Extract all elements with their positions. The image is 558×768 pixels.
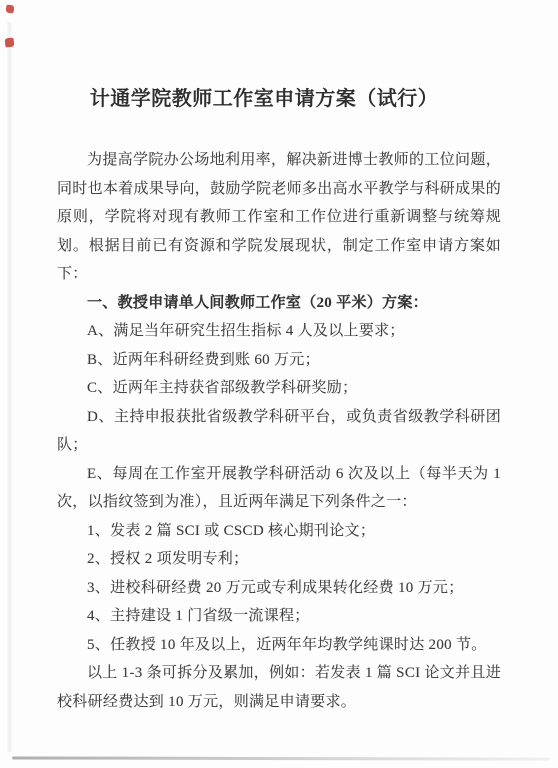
criterion-a: A、满足当年研究生招生指标 4 人及以上要求； bbox=[57, 317, 501, 346]
section-heading: 一、教授申请单人间教师工作室（20 平米）方案： bbox=[57, 289, 501, 318]
scan-edge-bottom bbox=[12, 756, 550, 760]
note-paragraph: 以上 1-3 条可拆分及累加，例如：若发表 1 篇 SCI 论文并且进校科研经费… bbox=[57, 659, 501, 716]
intro-paragraph: 为提高学院办公场地利用率，解决新进博士教师的工位问题，同时也本着成果导向，鼓励学… bbox=[57, 146, 501, 289]
criterion-b: B、近两年科研经费到账 60 万元； bbox=[57, 346, 501, 375]
criterion-c: C、近两年主持获省部级教学科研奖励； bbox=[57, 374, 501, 403]
condition-4: 4、主持建设 1 门省级一流课程； bbox=[57, 602, 501, 631]
criterion-d: D、主持申报获批省级教学科研平台，或负责省级教学科研团队； bbox=[57, 403, 501, 460]
scanned-document-page: 计通学院教师工作室申请方案（试行） 为提高学院办公场地利用率，解决新进博士教师的… bbox=[0, 0, 558, 768]
condition-5: 5、任教授 10 年及以上，近两年年均教学纯课时达 200 节。 bbox=[57, 631, 501, 660]
condition-3: 3、进校科研经费 20 万元或专利成果转化经费 10 万元； bbox=[57, 574, 501, 603]
condition-1: 1、发表 2 篇 SCI 或 CSCD 核心期刊论文； bbox=[57, 517, 501, 546]
condition-2: 2、授权 2 项发明专利； bbox=[57, 545, 501, 574]
scan-edge-left bbox=[7, 22, 12, 752]
red-pen-mark-top bbox=[5, 4, 14, 13]
criterion-e: E、每周在工作室开展教学科研活动 6 次及以上（每半天为 1 次，以指纹签到为准… bbox=[57, 460, 501, 517]
document-title: 计通学院教师工作室申请方案（试行） bbox=[0, 86, 528, 113]
red-pen-mark-bottom bbox=[5, 38, 15, 48]
document-body: 为提高学院办公场地利用率，解决新进博士教师的工位问题，同时也本着成果导向，鼓励学… bbox=[57, 146, 501, 716]
